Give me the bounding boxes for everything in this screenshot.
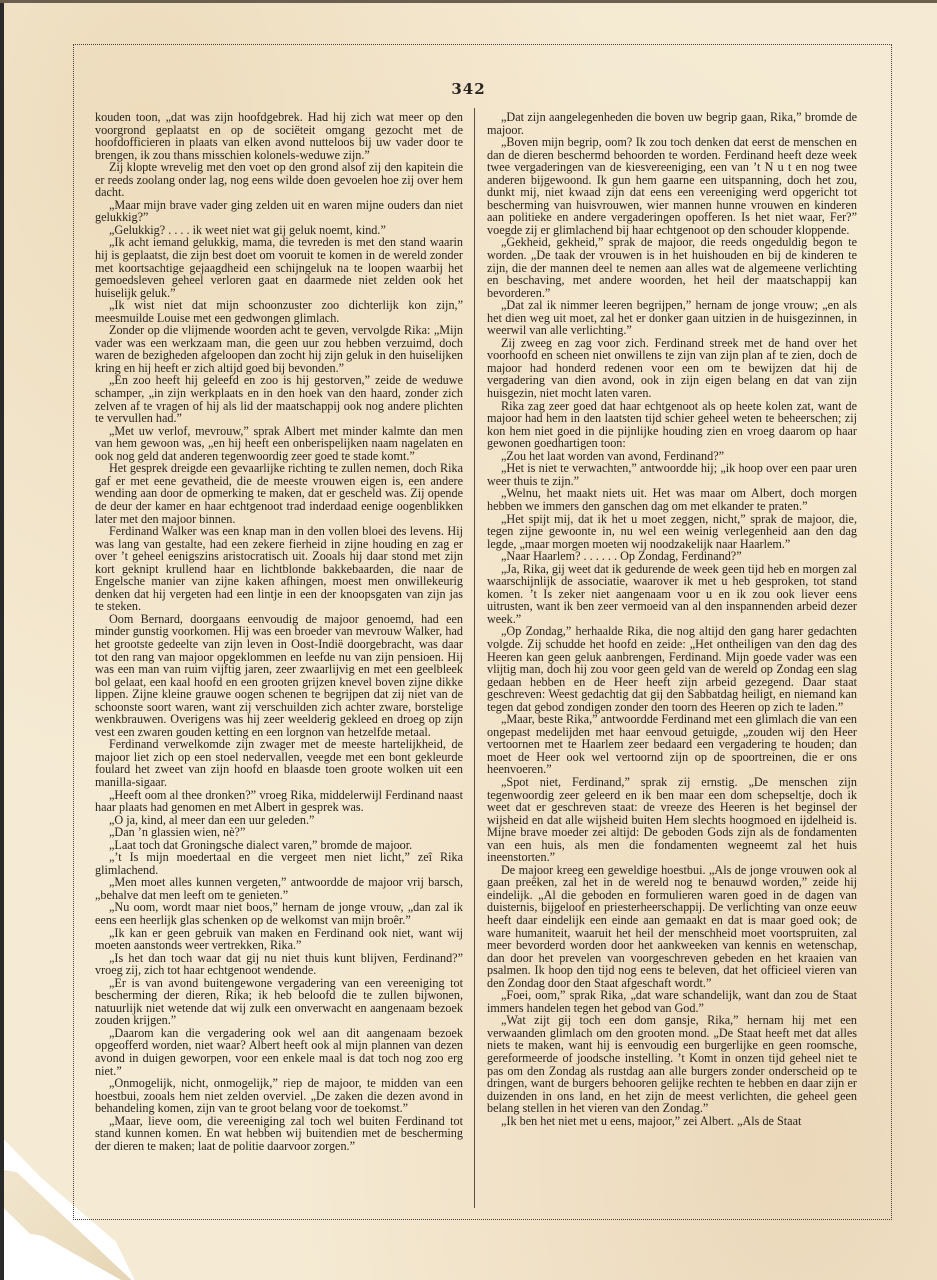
paragraph: „Boven mijn begrip, oom? Ik zou toch den…	[487, 136, 857, 236]
paragraph: kouden toon, „dat was zijn hoofdgebrek. …	[95, 111, 463, 161]
paragraph: „Dan ’n glassien wien, nè?”	[95, 826, 463, 839]
paragraph: „Gekheid, gekheid,” sprak de majoor, die…	[487, 236, 857, 299]
paragraph: „Is het dan toch waar dat gij nu niet th…	[95, 952, 463, 977]
paragraph: „Dat zal ik nimmer leeren begrijpen,” he…	[487, 299, 857, 337]
paragraph: „En zoo heeft hij geleefd en zoo is hij …	[95, 374, 463, 424]
paragraph: „Maar, beste Rika,” antwoordde Ferdinand…	[487, 713, 857, 776]
paragraph: „’t Is mijn moedertaal en die vergeet me…	[95, 851, 463, 876]
paragraph: Ferdinand Walker was een knap man in den…	[95, 525, 463, 613]
text-column-right: „Dat zijn aangelegenheden die boven uw b…	[487, 111, 857, 1127]
paragraph: Ferdinand verwelkomde zijn zwager met de…	[95, 738, 463, 788]
paragraph: „Heeft oom al thee dronken?” vroeg Rika,…	[95, 789, 463, 814]
paragraph: „Er is van avond buitengewone vergaderin…	[95, 977, 463, 1027]
paragraph: „Ik acht iemand gelukkig, mama, die tevr…	[95, 236, 463, 299]
paragraph: „Het spijt mij, dat ik het u moet zeggen…	[487, 513, 857, 551]
paragraph: „Ik ben het niet met u eens, majoor,” ze…	[487, 1115, 857, 1128]
paragraph: „Ja, Rika, gij weet dat ik gedurende de …	[487, 563, 857, 626]
paragraph: „Met uw verlof, mevrouw,” sprak Albert m…	[95, 425, 463, 463]
paragraph: „Maar mijn brave vader ging zelden uit e…	[95, 199, 463, 224]
paragraph: „Op Zondag,” herhaalde Rika, die nog alt…	[487, 625, 857, 713]
paragraph: „Dat zijn aangelegenheden die boven uw b…	[487, 111, 857, 136]
paragraph: „Men moet alles kunnen vergeten,” antwoo…	[95, 876, 463, 901]
paragraph: „Onmogelijk, nicht, onmogelijk,” riep de…	[95, 1077, 463, 1115]
paragraph: Zonder op die vlijmende woorden acht te …	[95, 324, 463, 374]
paragraph: Het gesprek dreigde een gevaarlijke rich…	[95, 462, 463, 525]
paragraph: „Foei, oom,” sprak Rika, „dat ware schan…	[487, 989, 857, 1014]
column-divider	[474, 108, 475, 1208]
paragraph: Zij zweeg en zag voor zich. Ferdinand st…	[487, 337, 857, 400]
paragraph: „Naar Haarlem? . . . . . . Op Zondag, Fe…	[487, 550, 857, 563]
paragraph: „Nu oom, wordt maar niet boos,” hernam d…	[95, 901, 463, 926]
paragraph: Oom Bernard, doorgaans eenvoudig de majo…	[95, 613, 463, 738]
paragraph: „Het is niet te verwachten,” antwoordde …	[487, 462, 857, 487]
text-column-left: kouden toon, „dat was zijn hoofdgebrek. …	[95, 111, 463, 1152]
paragraph: Zij klopte wrevelig met den voet op den …	[95, 161, 463, 199]
paragraph: „Ik kan er geen gebruik van maken en Fer…	[95, 927, 463, 952]
paragraph: „Maar, lieve oom, die vereeniging zal to…	[95, 1115, 463, 1153]
scan-edge	[0, 0, 4, 1280]
paragraph: „Spot niet, Ferdinand,” sprak zij ernsti…	[487, 776, 857, 864]
paragraph: De majoor kreeg een geweldige hoestbui. …	[487, 864, 857, 989]
scan-edge-top	[0, 0, 937, 3]
paragraph: Rika zag zeer goed dat haar echtgenoot a…	[487, 400, 857, 450]
paragraph: „Wat zijt gij toch een dom gansje, Rika,…	[487, 1014, 857, 1114]
paragraph: „Ik wist niet dat mijn schoonzuster zoo …	[95, 299, 463, 324]
page-number: 342	[0, 80, 937, 98]
paragraph: „Welnu, het maakt niets uit. Het was maa…	[487, 487, 857, 512]
paragraph: „Daarom kan die vergadering ook wel aan …	[95, 1027, 463, 1077]
